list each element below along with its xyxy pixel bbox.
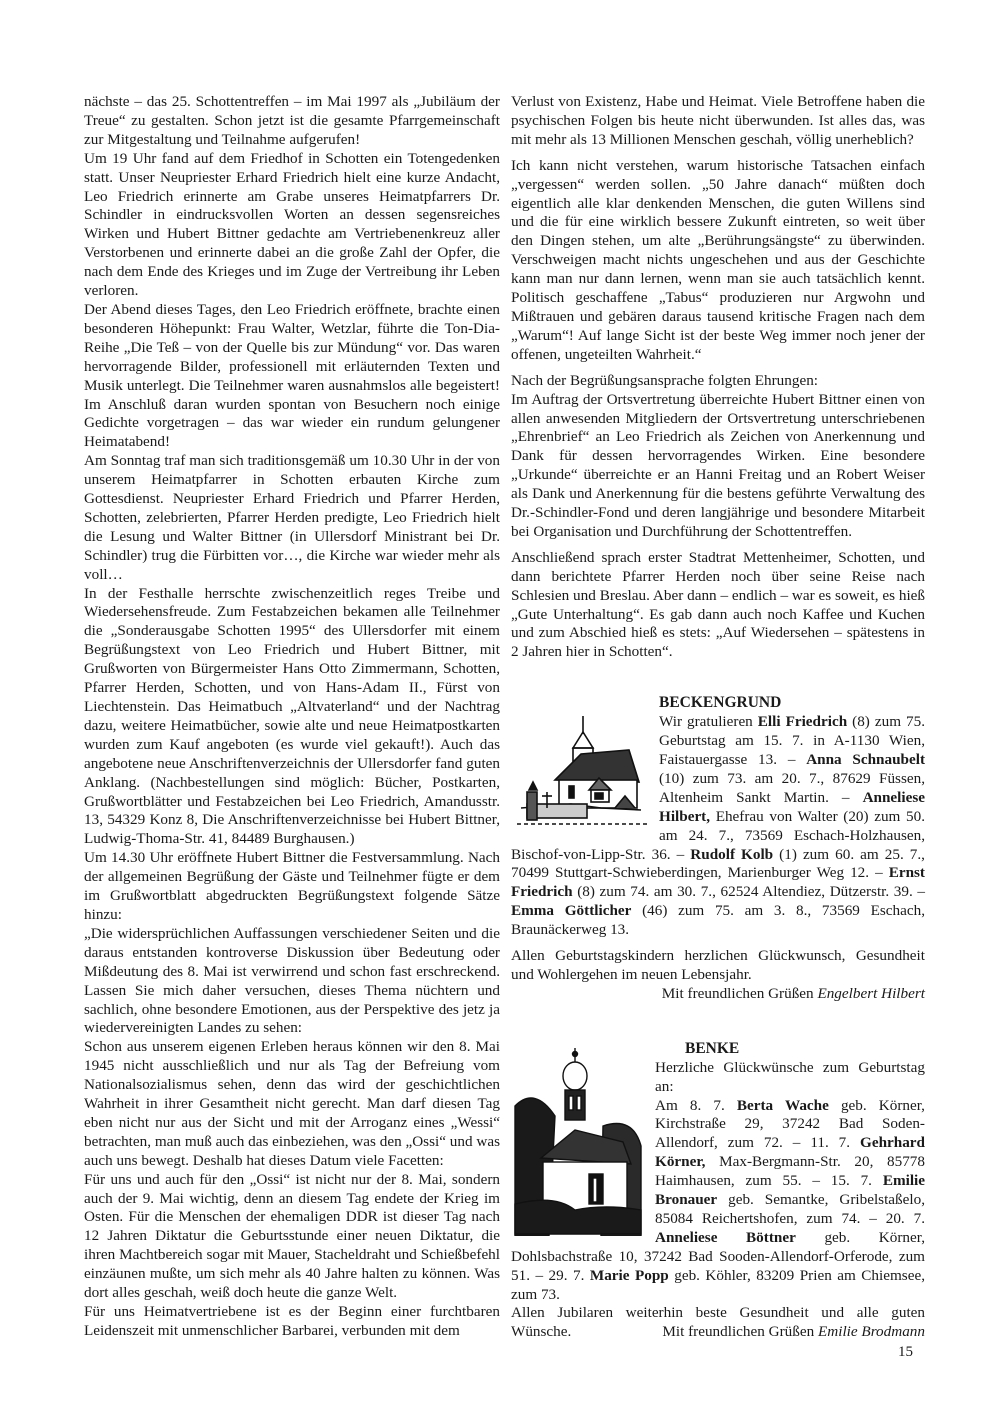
- signature-name: Engelbert Hilbert: [817, 985, 925, 1002]
- paragraph: nächste – das 25. Schottentreffen – im M…: [84, 93, 500, 150]
- paragraph: Anschließend sprach erster Stadtrat Mett…: [511, 549, 925, 662]
- paragraph: Für uns Heimatvertriebene ist es der Beg…: [84, 1303, 500, 1341]
- person-name: Berta Wache: [737, 1097, 829, 1114]
- paragraph: „Die widersprüchlichen Auffassungen vers…: [84, 925, 500, 1038]
- paragraph: Schon aus unserem eigenen Erleben heraus…: [84, 1038, 500, 1170]
- paragraph: Um 14.30 Uhr eröffnete Hubert Bittner di…: [84, 849, 500, 925]
- right-column: Verlust von Existenz, Habe und Heimat. V…: [511, 93, 925, 1342]
- section-title: BECKENGRUND: [511, 694, 925, 713]
- left-column: nächste – das 25. Schottentreffen – im M…: [84, 93, 500, 1341]
- person-name: Anna Schnaubelt: [806, 751, 925, 768]
- signature-name: Emilie Brodmann: [818, 1323, 925, 1340]
- church-illustration-icon: [511, 712, 651, 830]
- paragraph: Nach der Begrüßungsansprache folgten Ehr…: [511, 372, 925, 391]
- person-name: Elli Friedrich: [758, 713, 847, 730]
- benke-section: BENKE Herzliche Glückwünsche zum Geburts…: [511, 1040, 925, 1343]
- person-name: Gehrhard Körner,: [655, 1134, 925, 1170]
- beckengrund-section: BECKENGRUND Wir gratulieren Elli Friedri…: [511, 694, 925, 1004]
- signature: Mit freundlichen Grüßen Emilie Brodmann: [511, 1323, 925, 1342]
- person-name: Marie Popp: [590, 1267, 669, 1284]
- person-name: Ernst Friedrich: [511, 864, 925, 900]
- chapel-illustration-icon: [511, 1046, 645, 1236]
- paragraph: Für uns und auch für den „Ossi“ ist nich…: [84, 1171, 500, 1303]
- paragraph: Um 19 Uhr fand auf dem Friedhof in Schot…: [84, 150, 500, 301]
- person-name: Rudolf Kolb: [690, 846, 773, 863]
- person-name: Emilie Bronauer: [655, 1172, 925, 1208]
- closing-text: Allen Geburtstagskindern herzlichen Glüc…: [511, 947, 925, 985]
- paragraph: Der Abend dieses Tages, den Leo Friedric…: [84, 301, 500, 452]
- paragraph: Ich kann nicht verstehen, warum historis…: [511, 157, 925, 365]
- paragraph: Verlust von Existenz, Habe und Heimat. V…: [511, 93, 925, 150]
- page-number: 15: [898, 1344, 913, 1361]
- person-name: Emma Göttlicher: [511, 902, 631, 919]
- paragraph: Am Sonntag traf man sich traditionsgemäß…: [84, 452, 500, 584]
- paragraph: Im Auftrag der Ortsvertretung überreicht…: [511, 391, 925, 542]
- paragraph: In der Festhalle herrschte zwischenzeitl…: [84, 585, 500, 850]
- person-name: Anneliese Böttner: [655, 1229, 796, 1246]
- signature: Mit freundlichen Grüßen Engelbert Hilber…: [511, 985, 925, 1004]
- person-name: Anneliese Hilbert,: [659, 789, 925, 825]
